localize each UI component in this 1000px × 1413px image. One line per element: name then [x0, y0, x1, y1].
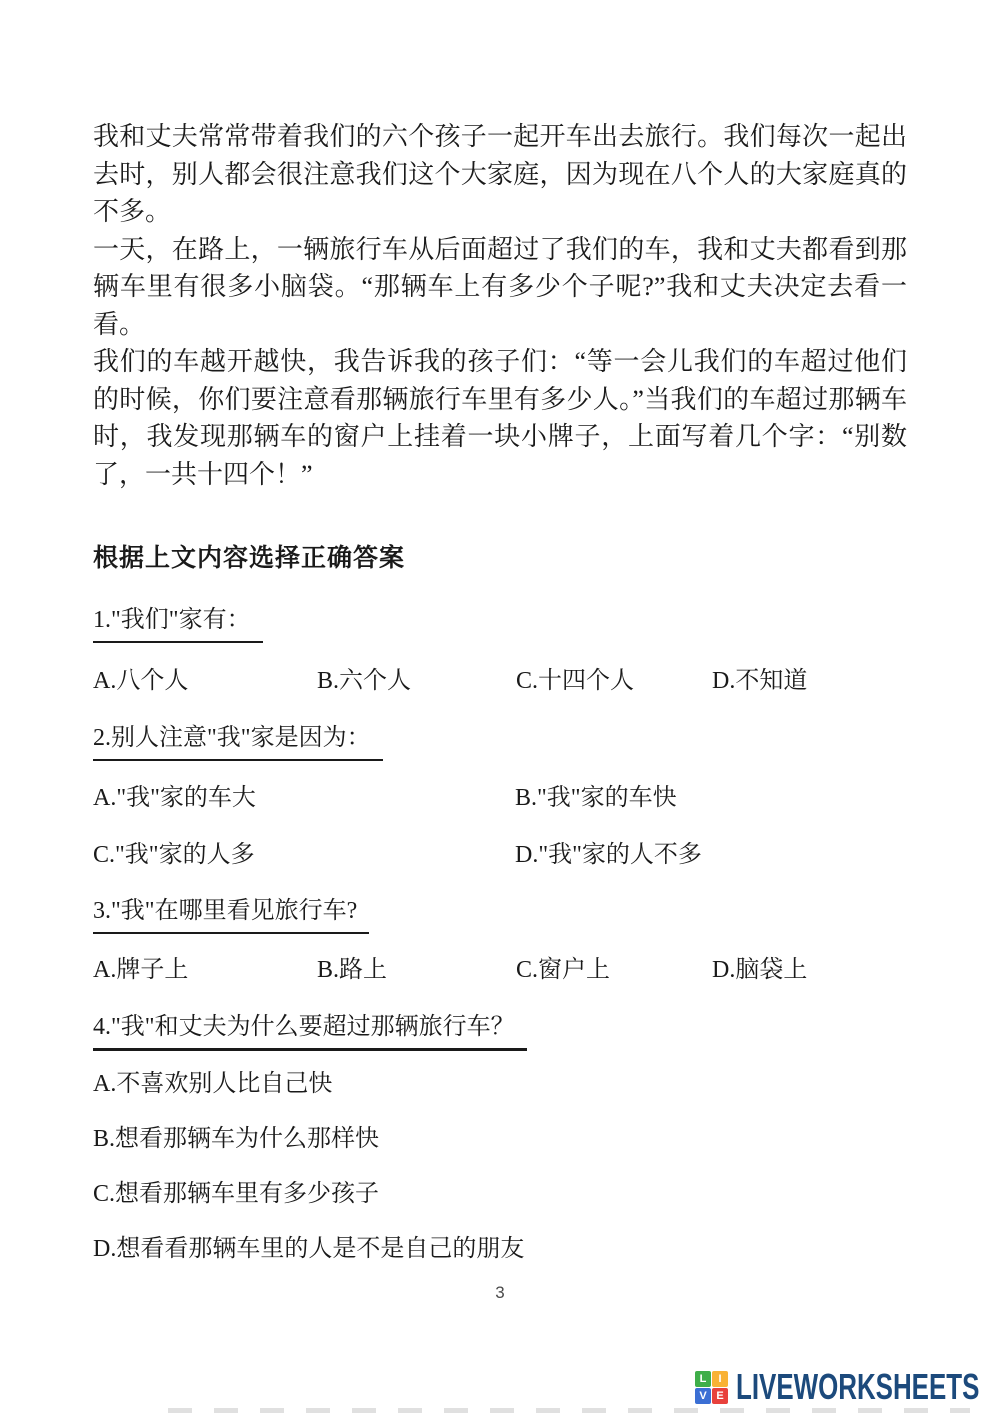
question-3-option-b[interactable]: B.路上: [317, 953, 516, 987]
question-2-underlined-text: 2.别人注意"我"家是因为：: [93, 722, 383, 761]
worksheet-page: 我和丈夫常常带着我们的六个孩子一起开车出去旅行。我们每次一起出去时，别人都会很注…: [0, 0, 1000, 1413]
question-2-option-c[interactable]: C."我"家的人多: [93, 838, 515, 872]
question-4-option-b[interactable]: B.想看那辆车为什么那样快: [93, 1122, 907, 1156]
question-3: 3."我"在哪里看见旅行车? A.牌子上 B.路上 C.窗户上 D.脑袋上: [93, 895, 907, 987]
question-1-option-c[interactable]: C.十四个人: [516, 664, 712, 698]
question-2: 2.别人注意"我"家是因为： A."我"家的车大 B."我"家的车快 C."我"…: [93, 722, 907, 872]
question-2-option-b[interactable]: B."我"家的车快: [515, 781, 907, 815]
reading-passage: 我和丈夫常常带着我们的六个孩子一起开车出去旅行。我们每次一起出去时，别人都会很注…: [93, 118, 907, 493]
question-1-option-d[interactable]: D.不知道: [712, 664, 907, 698]
question-3-option-a[interactable]: A.牌子上: [93, 953, 317, 987]
question-4-options: A.不喜欢别人比自己快 B.想看那辆车为什么那样快 C.想看那辆车里有多少孩子 …: [93, 1067, 907, 1266]
question-4-option-a[interactable]: A.不喜欢别人比自己快: [93, 1067, 907, 1101]
question-1-option-b[interactable]: B.六个人: [317, 664, 516, 698]
question-1-text: 1."我们"家有：: [93, 604, 907, 643]
liveworksheets-logo-icon: L I V E: [695, 1371, 728, 1404]
question-1-option-a[interactable]: A.八个人: [93, 664, 317, 698]
question-4-option-c[interactable]: C.想看那辆车里有多少孩子: [93, 1177, 907, 1211]
logo-tile-e: E: [712, 1388, 728, 1404]
logo-tile-i: I: [712, 1371, 728, 1387]
question-2-option-a[interactable]: A."我"家的车大: [93, 781, 515, 815]
question-3-underlined-text: 3."我"在哪里看见旅行车?: [93, 895, 369, 934]
question-1-underlined-text: 1."我们"家有：: [93, 604, 263, 643]
passage-paragraph-3: 我们的车越开越快，我告诉我的孩子们：“等一会儿我们的车超过他们的时候，你们要注意…: [93, 343, 907, 493]
question-3-text: 3."我"在哪里看见旅行车?: [93, 895, 907, 934]
question-4-underlined-text: 4."我"和丈夫为什么要超过那辆旅行车？: [93, 1011, 527, 1051]
logo-wordmark: LIVEWORKSHEETS: [736, 1369, 979, 1405]
passage-paragraph-1: 我和丈夫常常带着我们的六个孩子一起开车出去旅行。我们每次一起出去时，别人都会很注…: [93, 118, 907, 231]
page-number: 3: [0, 1283, 1000, 1303]
worksheet-content: 我和丈夫常常带着我们的六个孩子一起开车出去旅行。我们每次一起出去时，别人都会很注…: [93, 118, 907, 1287]
logo-tile-v: V: [695, 1388, 711, 1404]
question-4: 4."我"和丈夫为什么要超过那辆旅行车？ A.不喜欢别人比自己快 B.想看那辆车…: [93, 1011, 907, 1266]
question-1-options: A.八个人 B.六个人 C.十四个人 D.不知道: [93, 664, 907, 698]
question-4-option-d[interactable]: D.想看看那辆车里的人是不是自己的朋友: [93, 1232, 907, 1266]
question-3-option-c[interactable]: C.窗户上: [516, 953, 712, 987]
question-4-text: 4."我"和丈夫为什么要超过那辆旅行车？: [93, 1011, 907, 1051]
question-3-options: A.牌子上 B.路上 C.窗户上 D.脑袋上: [93, 953, 907, 987]
logo-tile-l: L: [695, 1371, 711, 1387]
question-3-option-d[interactable]: D.脑袋上: [712, 953, 907, 987]
question-2-option-d[interactable]: D."我"家的人不多: [515, 838, 907, 872]
passage-paragraph-2: 一天，在路上，一辆旅行车从后面超过了我们的车，我和丈夫都看到那辆车里有很多小脑袋…: [93, 231, 907, 344]
question-2-text: 2.别人注意"我"家是因为：: [93, 722, 907, 761]
liveworksheets-logo[interactable]: L I V E LIVEWORKSHEETS: [695, 1369, 1000, 1405]
cutoff-text-artifact: [168, 1408, 970, 1413]
instructions-heading: 根据上文内容选择正确答案: [93, 540, 907, 577]
question-2-options: A."我"家的车大 B."我"家的车快 C."我"家的人多 D."我"家的人不多: [93, 781, 907, 872]
question-1: 1."我们"家有： A.八个人 B.六个人 C.十四个人 D.不知道: [93, 604, 907, 698]
